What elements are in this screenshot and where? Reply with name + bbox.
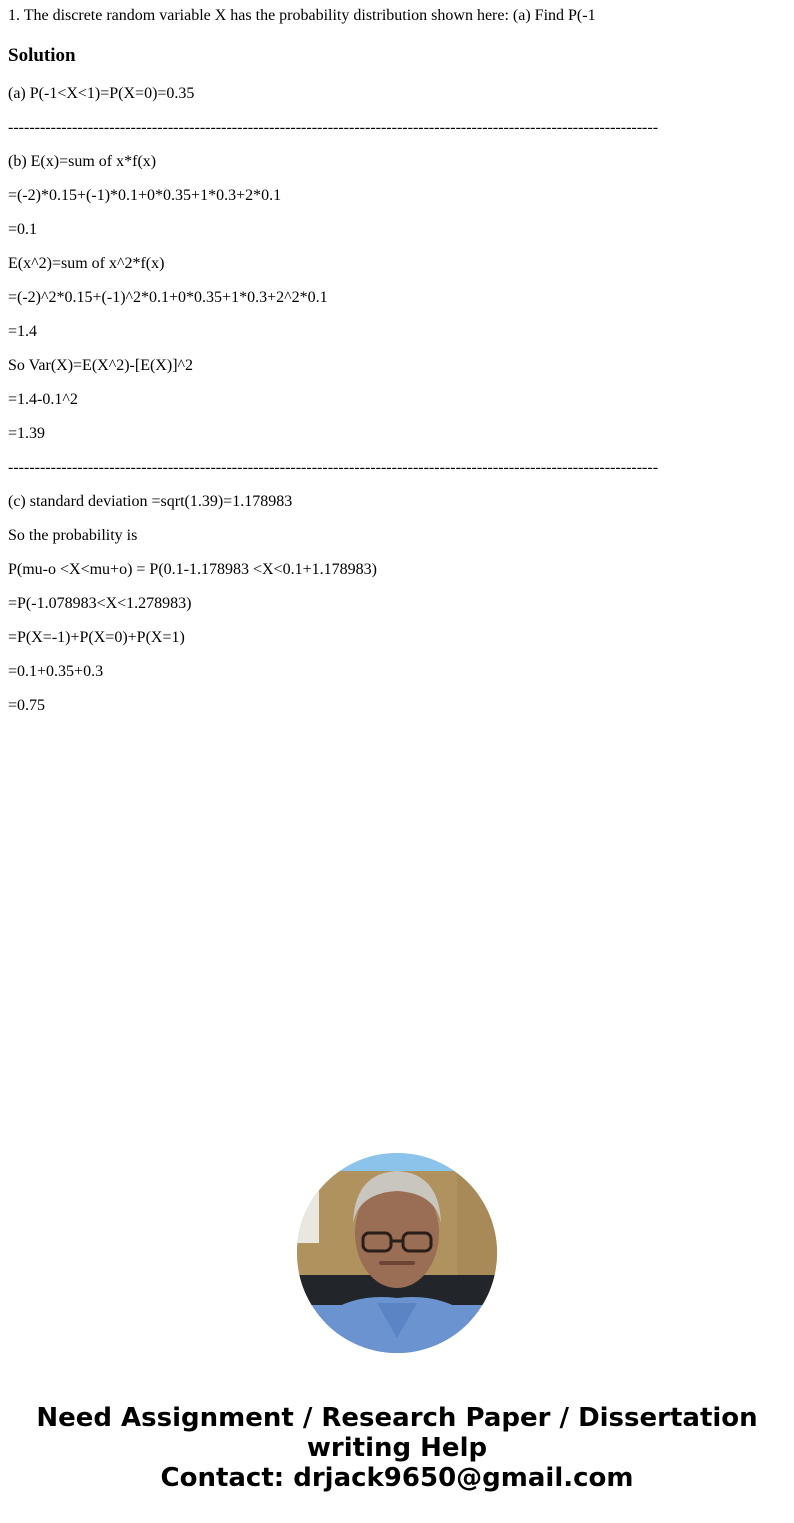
solution-line: =1.39: [8, 425, 45, 443]
solution-heading: Solution: [8, 45, 76, 67]
promo-line-1: Need Assignment / Research Paper / Disse…: [0, 1403, 794, 1433]
solution-line: =1.4-0.1^2: [8, 391, 78, 409]
solution-line: =0.1: [8, 221, 37, 239]
solution-line: (b) E(x)=sum of x*f(x): [8, 153, 156, 171]
author-avatar: [297, 1153, 497, 1353]
solution-line: (a) P(-1<X<1)=P(X=0)=0.35: [8, 85, 194, 103]
solution-line: =0.1+0.35+0.3: [8, 663, 103, 681]
solution-line: So Var(X)=E(X^2)-[E(X)]^2: [8, 357, 193, 375]
solution-line: E(x^2)=sum of x^2*f(x): [8, 255, 164, 273]
solution-line: =1.4: [8, 323, 37, 341]
promo-banner: Need Assignment / Research Paper / Disse…: [0, 1403, 794, 1493]
solution-line: =(-2)*0.15+(-1)*0.1+0*0.35+1*0.3+2*0.1: [8, 187, 281, 205]
promo-line-2: writing Help: [0, 1433, 794, 1463]
separator-line: ----------------------------------------…: [8, 119, 658, 137]
solution-line: P(mu-o <X<mu+o) = P(0.1-1.178983 <X<0.1+…: [8, 561, 377, 579]
solution-line: =P(-1.078983<X<1.278983): [8, 595, 192, 613]
solution-line: =P(X=-1)+P(X=0)+P(X=1): [8, 629, 185, 647]
separator-line: ----------------------------------------…: [8, 459, 658, 477]
solution-line: (c) standard deviation =sqrt(1.39)=1.178…: [8, 493, 292, 511]
solution-line: So the probability is: [8, 527, 137, 545]
person-photo-icon: [297, 1153, 497, 1353]
solution-line: =(-2)^2*0.15+(-1)^2*0.1+0*0.35+1*0.3+2^2…: [8, 289, 328, 307]
promo-contact: Contact: drjack9650@gmail.com: [0, 1463, 794, 1493]
question-text: 1. The discrete random variable X has th…: [8, 7, 596, 25]
solution-line: =0.75: [8, 697, 45, 715]
